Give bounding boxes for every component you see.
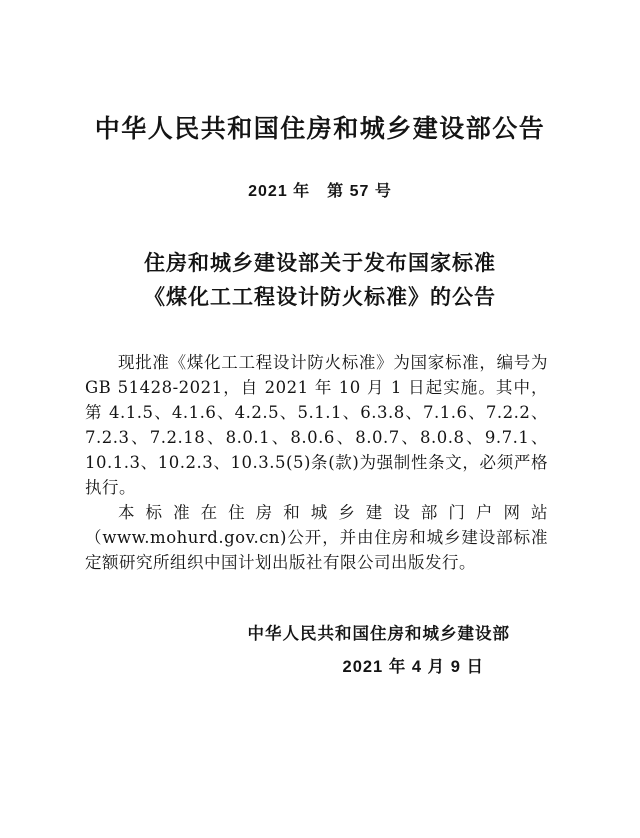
subtitle-line-2: 《煤化工工程设计防火标准》的公告 <box>0 281 640 315</box>
body-paragraph-approval: 现批准《煤化工工程设计防火标准》为国家标准，编号为 GB 51428-2021，… <box>85 350 548 500</box>
issue-number-line: 2021 年 第 57 号 <box>0 182 640 202</box>
body-paragraph-publication: 本标准在住房和城乡建设部门户网站（www.mohurd.gov.cn)公开，并由… <box>85 500 548 575</box>
subtitle-line-1: 住房和城乡建设部关于发布国家标准 <box>0 247 640 281</box>
signature-block: 中华人民共和国住房和城乡建设部 2021 年 4 月 9 日 <box>85 624 548 677</box>
issue-date: 2021 年 4 月 9 日 <box>85 657 548 677</box>
document-title: 中华人民共和国住房和城乡建设部公告 <box>0 113 640 145</box>
document-page: 中华人民共和国住房和城乡建设部公告 2021 年 第 57 号 住房和城乡建设部… <box>0 0 640 838</box>
announcement-subtitle: 住房和城乡建设部关于发布国家标准 《煤化工工程设计防火标准》的公告 <box>0 247 640 315</box>
document-body: 现批准《煤化工工程设计防火标准》为国家标准，编号为 GB 51428-2021，… <box>85 350 548 575</box>
issuing-authority: 中华人民共和国住房和城乡建设部 <box>85 624 548 644</box>
